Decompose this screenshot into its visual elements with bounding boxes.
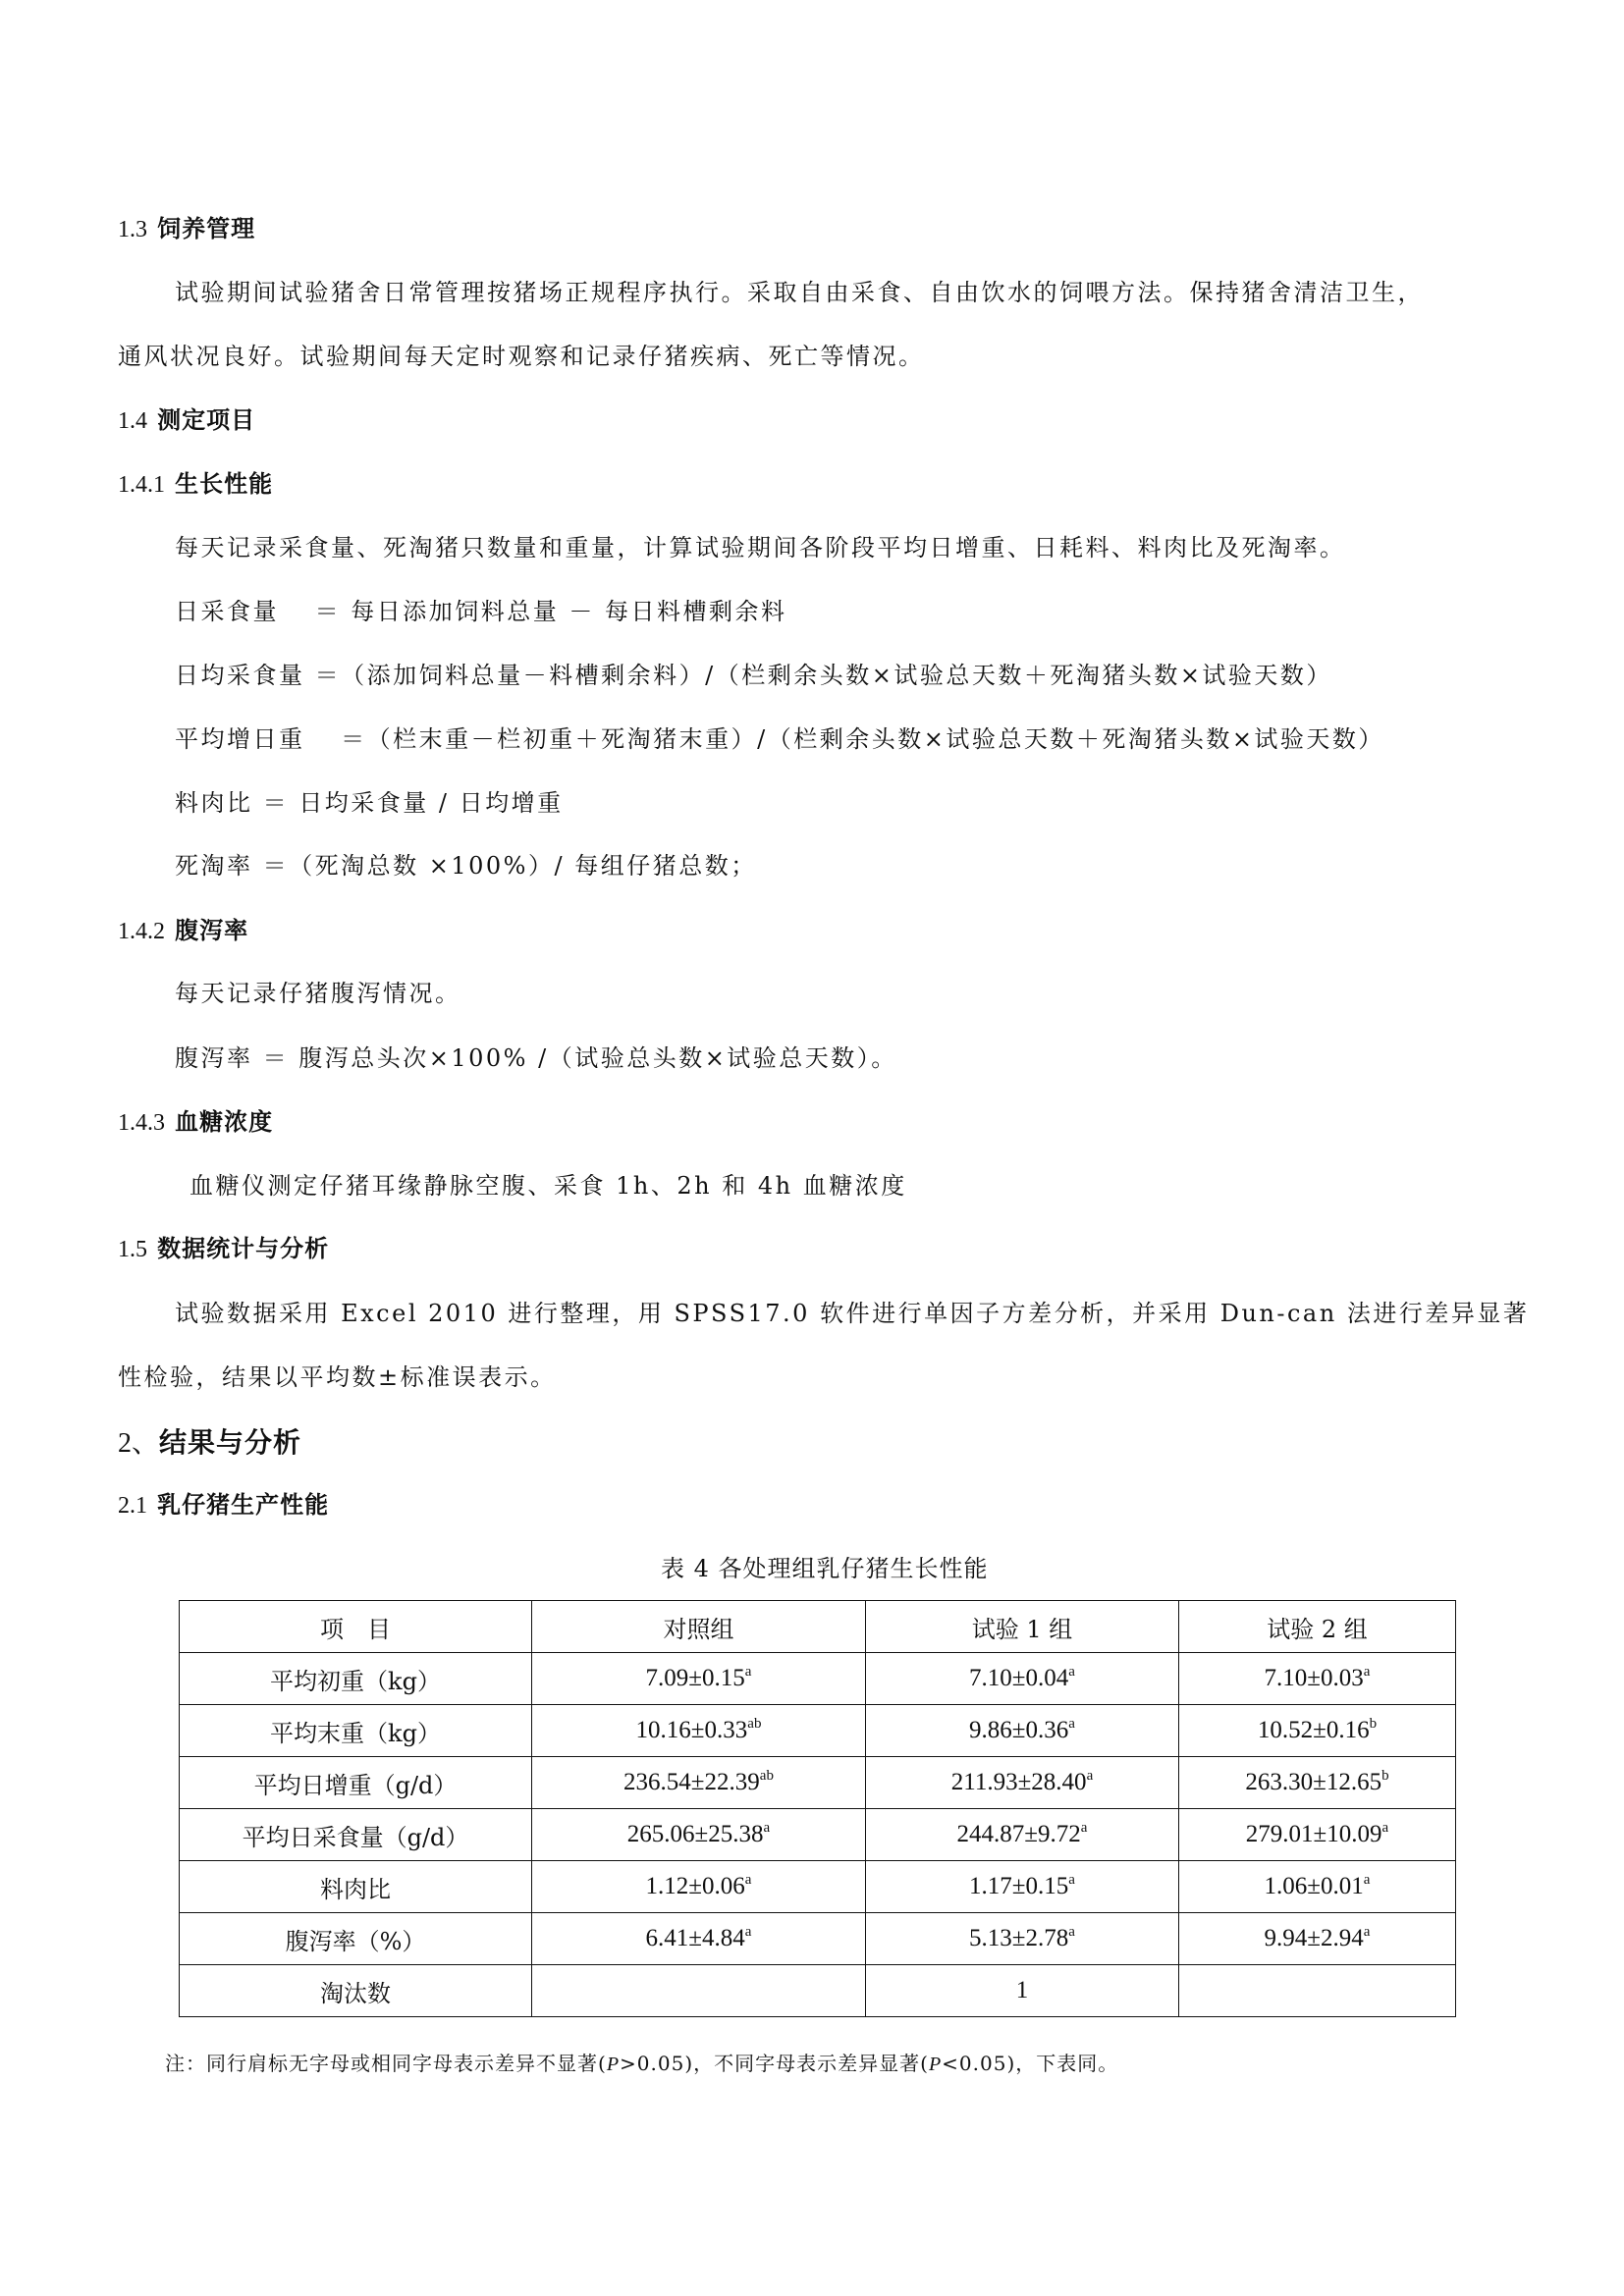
column-header-item: 项 目 xyxy=(180,1601,532,1653)
cell-trial-1: 244.87±9.72a xyxy=(866,1809,1179,1861)
heading-1-5: 1.5 数据统计与分析 xyxy=(118,1233,329,1264)
column-header-control: 对照组 xyxy=(532,1601,866,1653)
heading-number: 1.4.1 xyxy=(118,472,165,498)
formula-diarrhea-rate: 腹泻率 ＝ 腹泻总头次×100% /（试验总头数×试验总天数）。 xyxy=(175,1042,897,1074)
cell-trial-1: 9.86±0.36a xyxy=(866,1705,1179,1757)
cell-trial-1: 1.17±0.15a xyxy=(866,1861,1179,1913)
cell-trial-2: 279.01±10.09a xyxy=(1179,1809,1456,1861)
heading-number: 1.4.3 xyxy=(118,1110,165,1136)
cell-trial-1: 1 xyxy=(866,1965,1179,2017)
cell-trial-2: 10.52±0.16b xyxy=(1179,1705,1456,1757)
table-row: 平均末重（kg） 10.16±0.33ab 9.86±0.36a 10.52±0… xyxy=(180,1705,1456,1757)
heading-title: 饲养管理 xyxy=(157,215,255,242)
formula-feed-gain-ratio: 料肉比 ＝ 日均采食量 / 日均增重 xyxy=(175,787,564,819)
heading-1-4-2: 1.4.2 腹泻率 xyxy=(118,915,248,946)
table-row: 平均日增重（g/d） 236.54±22.39ab 211.93±28.40a … xyxy=(180,1757,1456,1809)
table-header-row: 项 目 对照组 试验 1 组 试验 2 组 xyxy=(180,1601,1456,1653)
column-header-trial-2: 试验 2 组 xyxy=(1179,1601,1456,1653)
heading-title: 血糖浓度 xyxy=(175,1108,273,1136)
formula-average-daily-intake: 日均采食量 ＝（添加饲料总量－料槽剩余料）/（栏剩余头数×试验总天数＋死淘猪头数… xyxy=(175,660,1332,691)
heading-title: 测定项目 xyxy=(157,406,255,434)
cell-trial-2: 7.10±0.03a xyxy=(1179,1653,1456,1705)
formula-mortality-rate: 死淘率 ＝（死淘总数 ×100%）/ 每组仔猪总数； xyxy=(175,850,757,881)
heading-number: 2.1 xyxy=(118,1493,147,1519)
heading-2-1: 2.1 乳仔猪生产性能 xyxy=(118,1489,329,1521)
paragraph-line: 试验数据采用 Excel 2010 进行整理，用 SPSS17.0 软件进行单因… xyxy=(175,1298,1529,1329)
cell-control: 10.16±0.33ab xyxy=(532,1705,866,1757)
formula-average-daily-gain: 平均增日重 ＝（栏末重－栏初重＋死淘猪末重）/（栏剩余头数×试验总天数＋死淘猪头… xyxy=(175,723,1384,755)
heading-title: 生长性能 xyxy=(175,470,273,498)
formula-daily-intake: 日采食量 ＝ 每日添加饲料总量 － 每日料槽剩余料 xyxy=(175,596,787,627)
heading-number: 1.4.2 xyxy=(118,919,165,944)
cell-trial-1: 5.13±2.78a xyxy=(866,1913,1179,1965)
paragraph-line: 血糖仪测定仔猪耳缘静脉空腹、采食 1h、2h 和 4h 血糖浓度 xyxy=(189,1170,907,1201)
heading-title: 结果与分析 xyxy=(159,1426,301,1459)
table-row: 料肉比 1.12±0.06a 1.17±0.15a 1.06±0.01a xyxy=(180,1861,1456,1913)
heading-number: 1.4 xyxy=(118,408,147,434)
heading-1-4-1: 1.4.1 生长性能 xyxy=(118,468,273,500)
row-label: 平均初重（kg） xyxy=(180,1653,532,1705)
cell-control: 236.54±22.39ab xyxy=(532,1757,866,1809)
heading-number: 1.3 xyxy=(118,217,147,242)
cell-control: 7.09±0.15a xyxy=(532,1653,866,1705)
heading-number: 2、 xyxy=(118,1428,159,1459)
heading-1-4-3: 1.4.3 血糖浓度 xyxy=(118,1106,273,1138)
heading-1-4: 1.4 测定项目 xyxy=(118,404,255,436)
table-row: 平均日采食量（g/d） 265.06±25.38a 244.87±9.72a 2… xyxy=(180,1809,1456,1861)
row-label: 平均末重（kg） xyxy=(180,1705,532,1757)
table-caption: 表 4 各处理组乳仔猪生长性能 xyxy=(661,1553,1044,1584)
paragraph-line: 试验期间试验猪舍日常管理按猪场正规程序执行。采取自由采食、自由饮水的饲喂方法。保… xyxy=(175,277,1424,308)
table-row: 淘汰数 1 xyxy=(180,1965,1456,2017)
paragraph-line: 每天记录采食量、死淘猪只数量和重量，计算试验期间各阶段平均日增重、日耗料、料肉比… xyxy=(175,532,1346,563)
heading-title: 乳仔猪生产性能 xyxy=(157,1491,329,1519)
paragraph-line: 通风状况良好。试验期间每天定时观察和记录仔猪疾病、死亡等情况。 xyxy=(118,341,925,372)
heading-2: 2、结果与分析 xyxy=(118,1425,301,1461)
heading-1-3: 1.3 饲养管理 xyxy=(118,213,255,244)
cell-trial-2: 263.30±12.65b xyxy=(1179,1757,1456,1809)
table-row: 平均初重（kg） 7.09±0.15a 7.10±0.04a 7.10±0.03… xyxy=(180,1653,1456,1705)
row-label: 腹泻率（%） xyxy=(180,1913,532,1965)
table-footnote: 注：同行肩标无字母或相同字母表示差异不显著(P>0.05)，不同字母表示差异显著… xyxy=(165,2050,1118,2078)
paragraph-line: 性检验，结果以平均数±标准误表示。 xyxy=(118,1362,557,1393)
row-label: 平均日增重（g/d） xyxy=(180,1757,532,1809)
column-header-trial-1: 试验 1 组 xyxy=(866,1601,1179,1653)
cell-trial-2 xyxy=(1179,1965,1456,2017)
paragraph-line: 每天记录仔猪腹泻情况。 xyxy=(175,978,461,1009)
cell-trial-1: 211.93±28.40a xyxy=(866,1757,1179,1809)
row-label: 料肉比 xyxy=(180,1861,532,1913)
cell-trial-2: 1.06±0.01a xyxy=(1179,1861,1456,1913)
cell-control xyxy=(532,1965,866,2017)
heading-title: 腹泻率 xyxy=(175,917,248,944)
cell-trial-1: 7.10±0.04a xyxy=(866,1653,1179,1705)
row-label: 平均日采食量（g/d） xyxy=(180,1809,532,1861)
cell-trial-2: 9.94±2.94a xyxy=(1179,1913,1456,1965)
table-row: 腹泻率（%） 6.41±4.84a 5.13±2.78a 9.94±2.94a xyxy=(180,1913,1456,1965)
cell-control: 6.41±4.84a xyxy=(532,1913,866,1965)
heading-number: 1.5 xyxy=(118,1237,147,1262)
cell-control: 265.06±25.38a xyxy=(532,1809,866,1861)
cell-control: 1.12±0.06a xyxy=(532,1861,866,1913)
growth-performance-table: 项 目 对照组 试验 1 组 试验 2 组 平均初重（kg） 7.09±0.15… xyxy=(179,1600,1456,2017)
heading-title: 数据统计与分析 xyxy=(157,1235,329,1262)
row-label: 淘汰数 xyxy=(180,1965,532,2017)
